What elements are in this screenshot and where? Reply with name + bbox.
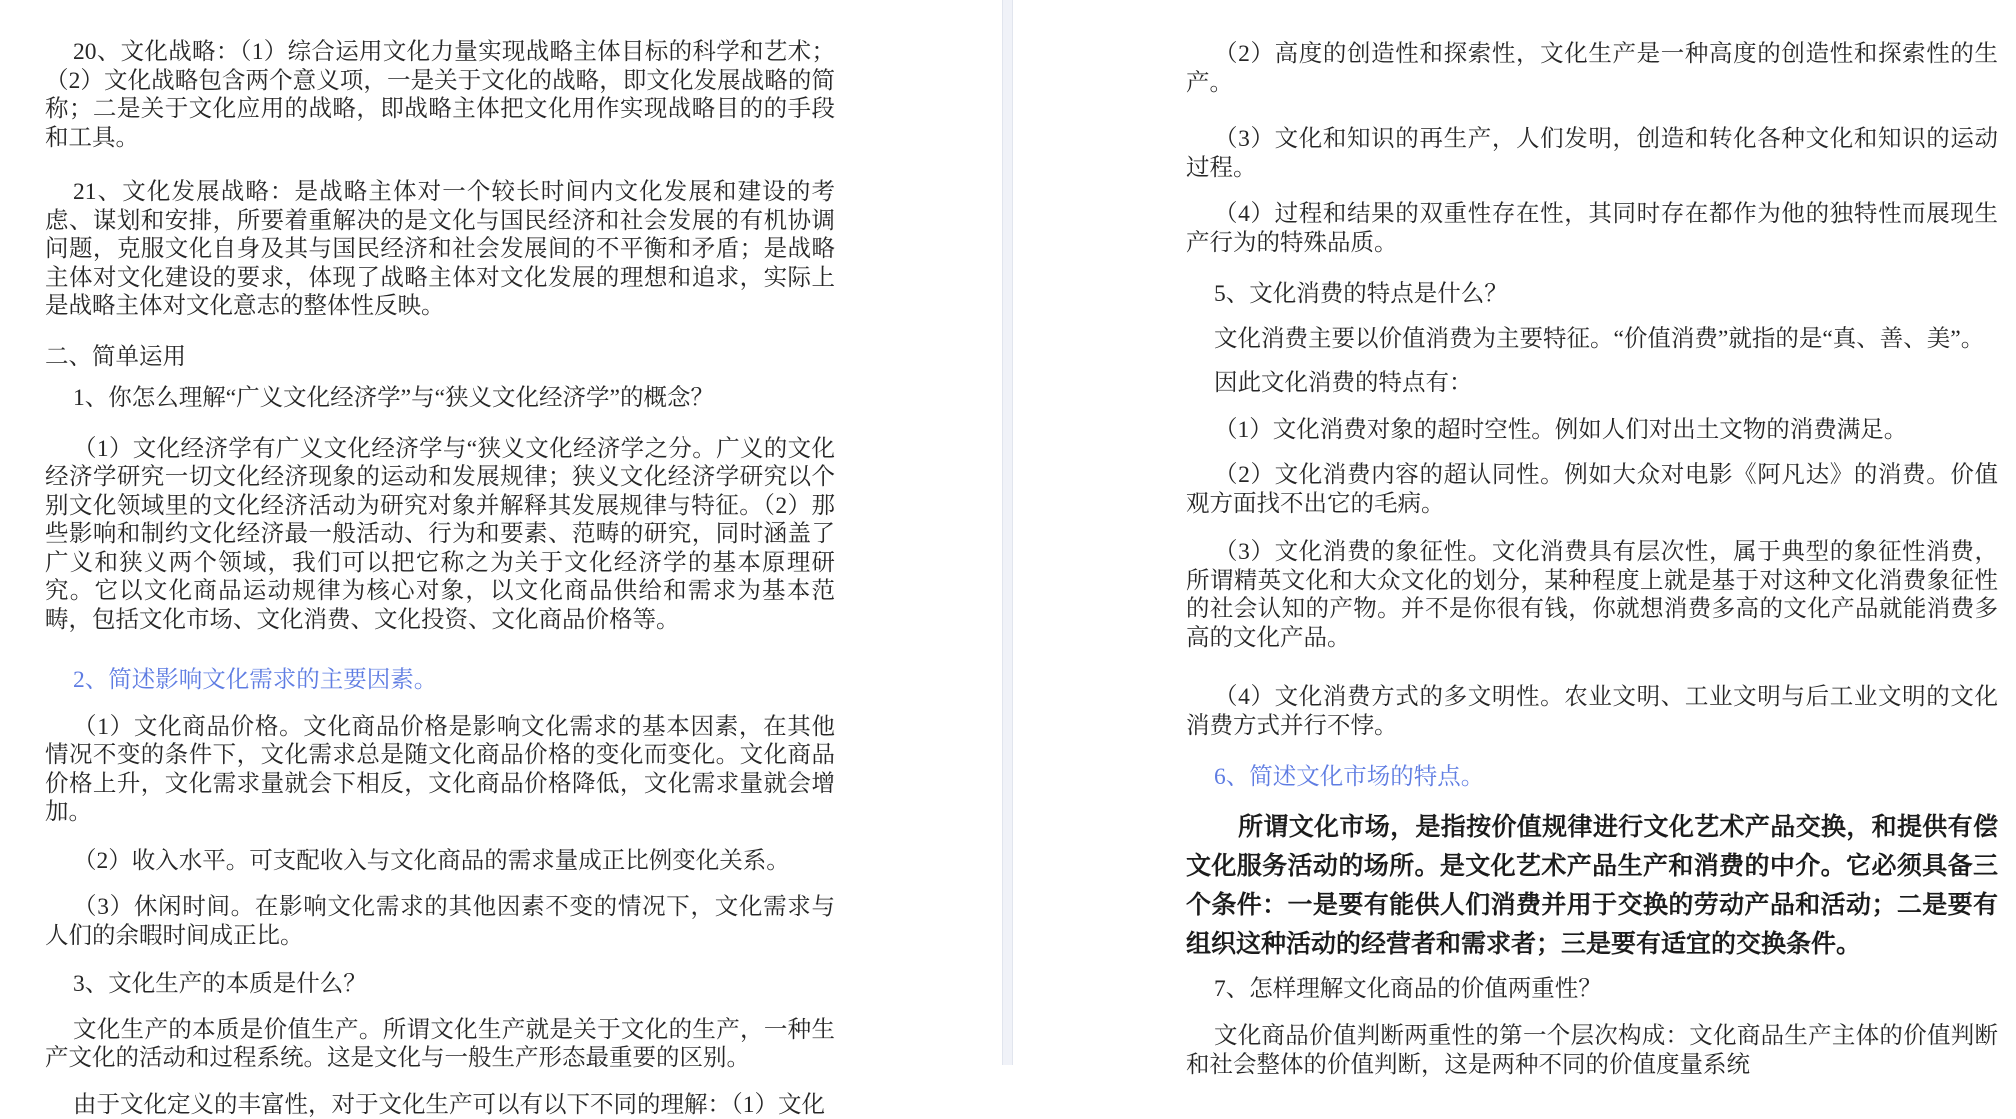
answer-5-item-2-paragraph: （2）文化消费内容的超认同性。例如大众对电影《阿凡达》的消费。价值观方面找不出它… — [1186, 461, 1998, 518]
question-5-heading: 5、文化消费的特点是什么？ — [1186, 280, 1998, 309]
section-heading-2: 二、简单运用 — [45, 343, 835, 372]
answer-7-paragraph: 文化商品价值判断两重性的第一个层次构成：文化商品生产主体的价值判断和社会整体的价… — [1186, 1022, 1998, 1065]
definition-21-paragraph: 21、文化发展战略：是战略主体对一个较长时间内文化发展和建设的考虑、谋划和安排，… — [45, 178, 835, 321]
answer-1-paragraph: （1）文化经济学有广义文化经济学与“狭义文化经济学之分。广义的文化经济学研究一切… — [45, 435, 835, 635]
answer-6-bold-paragraph: 所谓文化市场，是指按价值规律进行文化艺术产品交换，和提供有偿文化服务活动的场所。… — [1186, 808, 1998, 964]
answer-4-item-3-paragraph: （3）文化和知识的再生产，人们发明，创造和转化各种文化和知识的运动过程。 — [1186, 125, 1998, 182]
answer-2-item-3-paragraph: （3）休闲时间。在影响文化需求的其他因素不变的情况下，文化需求与人们的余暇时间成… — [45, 893, 835, 950]
question-6-link-heading: 6、简述文化市场的特点。 — [1186, 763, 1998, 792]
answer-4-item-2-paragraph: （2）高度的创造性和探索性，文化生产是一种高度的创造性和探索性的生产。 — [1186, 40, 1998, 97]
left-text-column: 20、文化战略：（1）综合运用文化力量实现战略主体目标的科学和艺术；（2）文化战… — [45, 0, 835, 1065]
answer-2-item-1-paragraph: （1）文化商品价格。文化商品价格是影响文化需求的基本因素，在其他情况不变的条件下… — [45, 713, 835, 827]
document-page-left: 20、文化战略：（1）综合运用文化力量实现战略主体目标的科学和艺术；（2）文化战… — [0, 0, 1002, 1065]
answer-4-item-4-paragraph: （4）过程和结果的双重性存在性，其同时存在都作为他的独特性而展现生产行为的特殊品… — [1186, 200, 1998, 257]
document-page-right: （2）高度的创造性和探索性，文化生产是一种高度的创造性和探索性的生产。 （3）文… — [1013, 0, 2016, 1065]
question-7-heading: 7、怎样理解文化商品的价值两重性？ — [1186, 975, 1998, 1004]
answer-2-item-2-paragraph: （2）收入水平。可支配收入与文化商品的需求量成正比例变化关系。 — [45, 847, 835, 876]
question-1-heading: 1、你怎么理解“广义文化经济学”与“狭义文化经济学”的概念？ — [45, 384, 835, 413]
answer-5-item-3-paragraph: （3）文化消费的象征性。文化消费具有层次性，属于典型的象征性消费，所谓精英文化和… — [1186, 538, 1998, 652]
question-2-link-heading: 2、简述影响文化需求的主要因素。 — [45, 666, 835, 695]
question-3-heading: 3、文化生产的本质是什么？ — [45, 970, 835, 999]
definition-20-paragraph: 20、文化战略：（1）综合运用文化力量实现战略主体目标的科学和艺术；（2）文化战… — [45, 38, 835, 152]
page-gap-divider — [1002, 0, 1013, 1065]
answer-5-item-4-paragraph: （4）文化消费方式的多文明性。农业文明、工业文明与后工业文明的文化消费方式并行不… — [1186, 683, 1998, 740]
answer-5-item-1-paragraph: （1）文化消费对象的超时空性。例如人们对出土文物的消费满足。 — [1186, 416, 1998, 445]
answer-5-intro-paragraph: 文化消费主要以价值消费为主要特征。“价值消费”就指的是“真、善、美”。 — [1186, 325, 1998, 354]
answer-3-paragraph: 文化生产的本质是价值生产。所谓文化生产就是关于文化的生产，一种生产文化的活动和过… — [45, 1016, 835, 1066]
answer-5-lead-in-paragraph: 因此文化消费的特点有： — [1186, 369, 1998, 398]
right-text-column: （2）高度的创造性和探索性，文化生产是一种高度的创造性和探索性的生产。 （3）文… — [1186, 0, 1998, 1065]
